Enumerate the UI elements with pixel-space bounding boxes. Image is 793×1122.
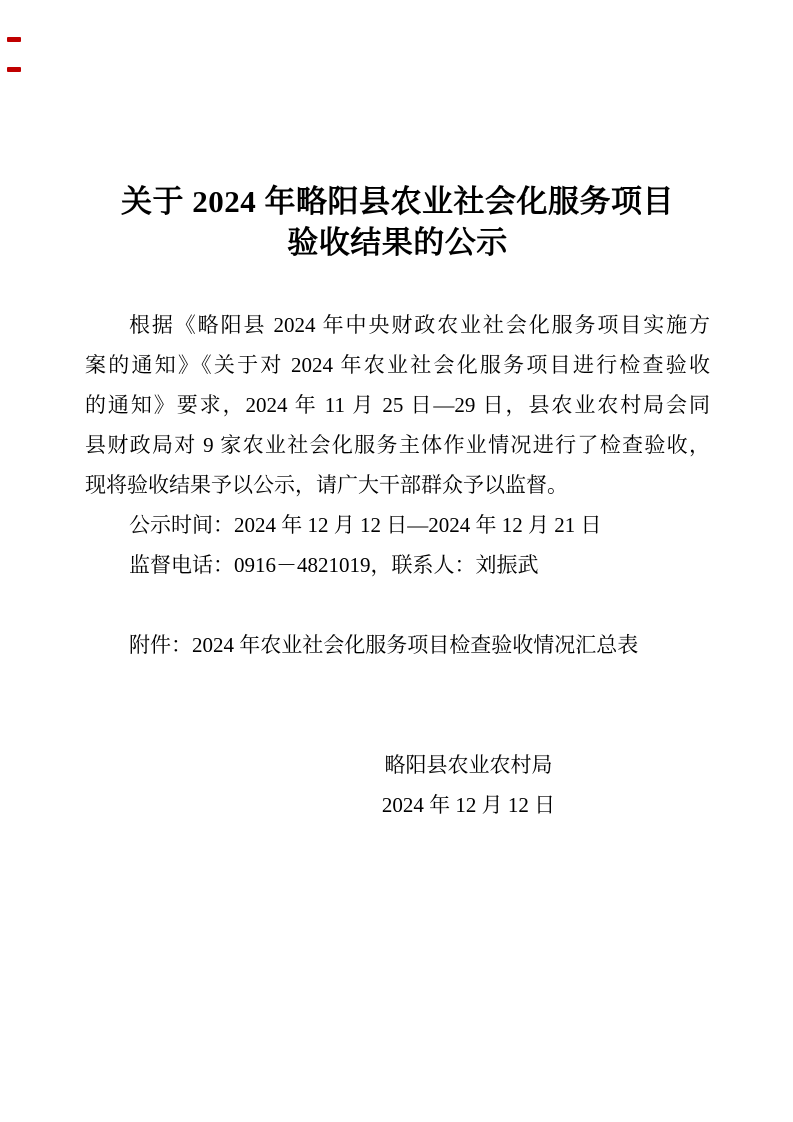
supervision-phone-line: 监督电话：0916－4821019，联系人：刘振武 [85, 545, 710, 585]
document-title-line2: 验收结果的公示 [85, 222, 710, 263]
attachment-line: 附件：2024 年农业社会化服务项目检查验收情况汇总表 [85, 625, 710, 665]
document-title: 关于 2024 年略阳县农业社会化服务项目 验收结果的公示 [85, 0, 710, 263]
document-page: 关于 2024 年略阳县农业社会化服务项目 验收结果的公示 根据《略阳县 202… [0, 0, 793, 1122]
paragraph-line: 的通知》要求，2024 年 11 月 25 日—29 日，县农业农村局会同 [85, 385, 710, 425]
paragraph-line: 县财政局对 9 家农业社会化服务主体作业情况进行了检查验收， [85, 425, 710, 465]
blank-line [85, 665, 710, 705]
blank-line [85, 585, 710, 625]
paragraph-line: 案的通知》《关于对 2024 年农业社会化服务项目进行检查验收 [85, 345, 710, 385]
issuer-name: 略阳县农业农村局 [156, 745, 781, 785]
red-annotation-mark [7, 37, 21, 42]
paragraph-line: 根据《略阳县 2024 年中央财政农业社会化服务项目实施方 [85, 305, 710, 345]
paragraph-line: 现将验收结果予以公示，请广大干部群众予以监督。 [85, 465, 710, 505]
document-title-line1: 关于 2024 年略阳县农业社会化服务项目 [85, 181, 710, 222]
blank-line [85, 705, 710, 745]
document-body: 根据《略阳县 2024 年中央财政农业社会化服务项目实施方 案的通知》《关于对 … [85, 305, 710, 825]
issue-date: 2024 年 12 月 12 日 [156, 785, 781, 825]
publicity-period-line: 公示时间：2024 年 12 月 12 日—2024 年 12 月 21 日 [85, 505, 710, 545]
document-content: 关于 2024 年略阳县农业社会化服务项目 验收结果的公示 根据《略阳县 202… [85, 0, 710, 825]
red-annotation-mark [7, 67, 21, 72]
